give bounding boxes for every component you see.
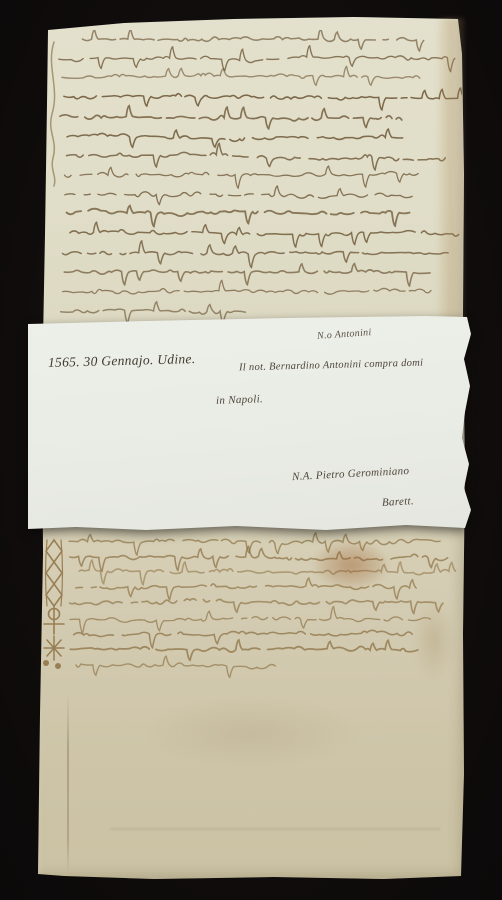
photo-backdrop: N.o Antonini 1565. 30 Gennajo. Udine. Il… bbox=[0, 0, 502, 900]
slip-location-text: in Napoli. bbox=[216, 393, 263, 407]
lower-script-block bbox=[68, 532, 464, 682]
upper-script-block bbox=[58, 30, 462, 330]
archival-slip: N.o Antonini 1565. 30 Gennajo. Udine. Il… bbox=[26, 314, 478, 536]
fold-crease-horizontal bbox=[110, 828, 440, 830]
slip-summary-text: Il not. Bernardino Antonini compra domi bbox=[239, 358, 424, 374]
notary-mark-icon bbox=[34, 536, 74, 676]
slip-registrar-line: N.A. Pietro Gerominiano bbox=[292, 465, 410, 483]
slip-registrar-name: Barett. bbox=[382, 495, 415, 509]
slip-corner-note: N.o Antonini bbox=[317, 327, 372, 342]
margin-flourish-icon bbox=[44, 36, 70, 192]
slip-date-heading: 1565. 30 Gennajo. Udine. bbox=[48, 352, 196, 371]
archival-slip-shadow: N.o Antonini 1565. 30 Gennajo. Udine. Il… bbox=[26, 314, 478, 536]
fold-crease-vertical bbox=[67, 694, 69, 874]
